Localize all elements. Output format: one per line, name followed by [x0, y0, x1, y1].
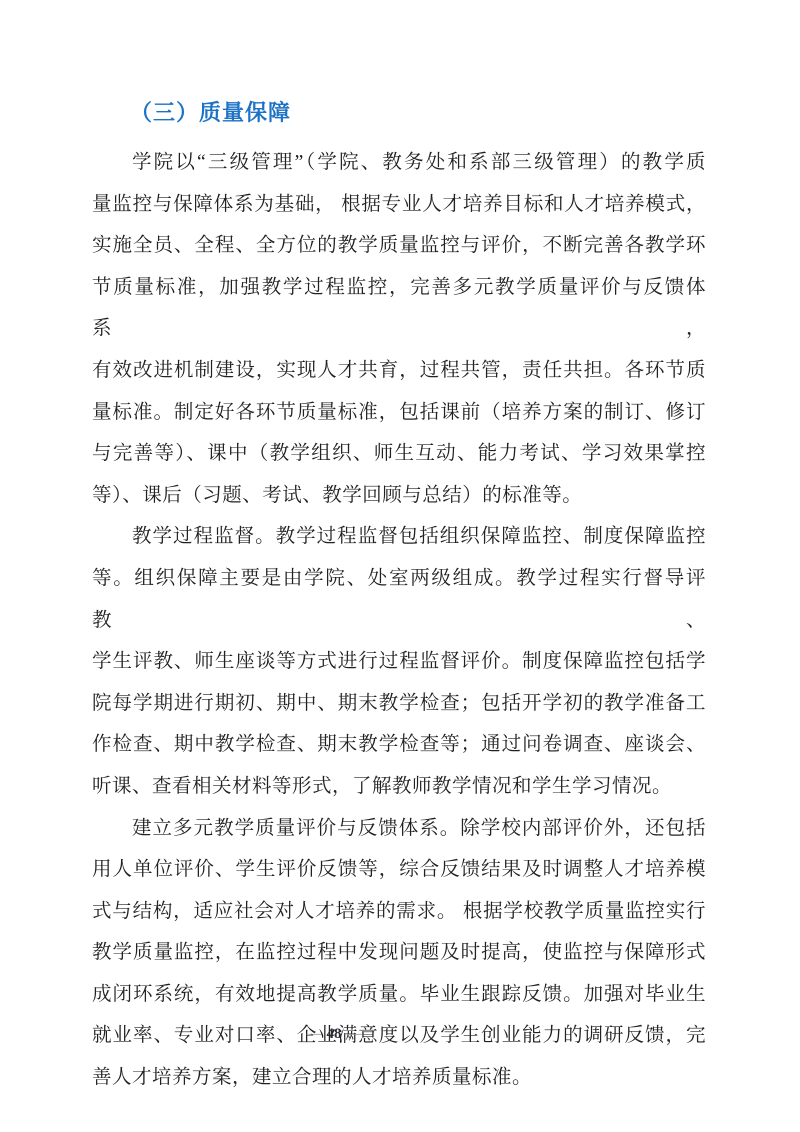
- text-line: 院每学期进行期初、期中、期末教学检查；包括开学初的教学准备工: [92, 683, 706, 725]
- text-line: 用人单位评价、学生评价反馈等，综合反馈结果及时调整人才培养模: [92, 849, 706, 891]
- text-line: 善人才培养方案，建立合理的人才培养质量标准。: [92, 1057, 706, 1099]
- text-line: 与完善等）、课中（教学组织、师生互动、能力考试、学习效果掌控: [92, 433, 706, 475]
- text-line: 量监控与保障体系为基础， 根据专业人才培养目标和人才培养模式，: [92, 184, 706, 226]
- document-page: （三）质量保障 学院以“三级管理”（学院、教务处和系部三级管理）的教学质量监控与…: [0, 0, 800, 1132]
- page-content: （三）质量保障 学院以“三级管理”（学院、教务处和系部三级管理）的教学质量监控与…: [92, 0, 706, 1099]
- paragraph: 学院以“三级管理”（学院、教务处和系部三级管理）的教学质量监控与保障体系为基础，…: [92, 142, 706, 516]
- text-line: 实施全员、全程、全方位的教学质量监控与评价，不断完善各教学环: [92, 225, 706, 267]
- text-line: 建立多元教学质量评价与反馈体系。除学校内部评价外，还包括: [92, 808, 706, 850]
- text-line: 量标准。制定好各环节质量标准，包括课前（培养方案的制订、修订: [92, 392, 706, 434]
- text-line: 作检查、期中教学检查、期末教学检查等；通过问卷调查、座谈会、: [92, 724, 706, 766]
- text-line: 有效改进机制建设，实现人才共育，过程共管，责任共担。各环节质: [92, 350, 706, 392]
- text-line: 教学过程监督。教学过程监督包括组织保障监控、制度保障监控: [92, 516, 706, 558]
- text-line: 式与结构，适应社会对人才培养的需求。 根据学校教学质量监控实行: [92, 891, 706, 933]
- text-line: 等。组织保障主要是由学院、处室两级组成。教学过程实行督导评教、: [92, 558, 706, 641]
- footer-dash-left: —: [307, 1026, 322, 1042]
- paragraph: 教学过程监督。教学过程监督包括组织保障监控、制度保障监控等。组织保障主要是由学院…: [92, 516, 706, 807]
- footer-dash-right: —: [347, 1026, 362, 1042]
- paragraph: 建立多元教学质量评价与反馈体系。除学校内部评价外，还包括用人单位评价、学生评价反…: [92, 808, 706, 1099]
- text-line: 听课、查看相关材料等形式，了解教师教学情况和学生学习情况。: [92, 766, 706, 808]
- page-footer: —48—: [92, 1024, 576, 1044]
- body-text: 学院以“三级管理”（学院、教务处和系部三级管理）的教学质量监控与保障体系为基础，…: [92, 142, 706, 1099]
- text-line: 成闭环系统，有效地提高教学质量。毕业生跟踪反馈。加强对毕业生: [92, 974, 706, 1016]
- text-line: 等）、课后（习题、考试、教学回顾与总结）的标准等。: [92, 475, 706, 517]
- text-line: 学生评教、师生座谈等方式进行过程监督评价。制度保障监控包括学: [92, 641, 706, 683]
- page-number: 48: [322, 1026, 347, 1042]
- section-heading: （三）质量保障: [92, 96, 706, 130]
- text-line: 教学质量监控，在监控过程中发现问题及时提高，使监控与保障形式: [92, 932, 706, 974]
- text-line: 节质量标准，加强教学过程监控，完善多元教学质量评价与反馈体系，: [92, 267, 706, 350]
- text-line: 学院以“三级管理”（学院、教务处和系部三级管理）的教学质: [92, 142, 706, 184]
